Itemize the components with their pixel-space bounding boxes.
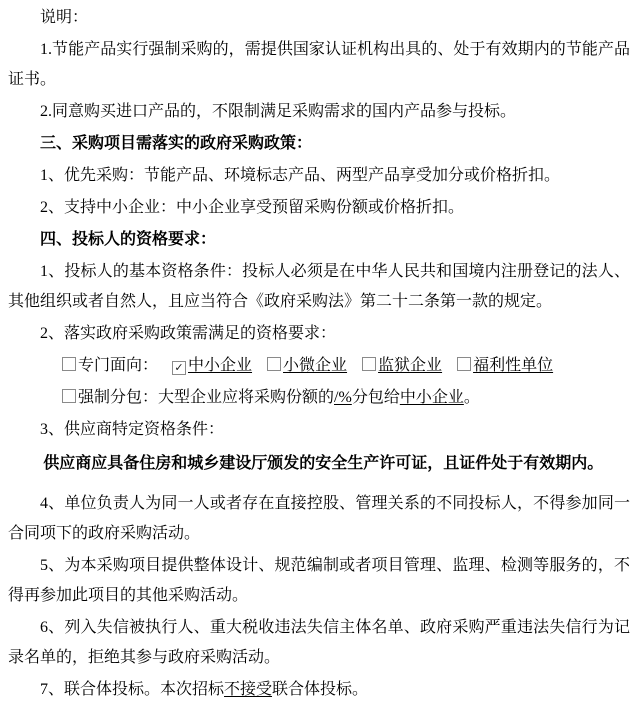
section-3-item-2: 2、支持中小企业：中小企业享受预留采购份额或价格折扣。 [8, 193, 630, 223]
section-4-item-2: 2、落实政府采购政策需满足的资格要求： [8, 319, 630, 349]
targeted-label: 专门面向： [78, 357, 158, 374]
item-7-not-accept: 不接受 [224, 681, 272, 698]
item-7-post: 联合体投标。 [272, 681, 368, 698]
section-3-heading: 三、采购项目需落实的政府采购政策： [8, 129, 630, 159]
section-3-item-1: 1、优先采购：节能产品、环境标志产品、两型产品享受加分或价格折扣。 [8, 161, 630, 191]
item-7-pre: 7、联合体投标。本次招标 [40, 681, 224, 698]
section-4-item-5: 5、为本采购项目提供整体设计、规范编制或者项目管理、监理、检测等服务的，不得再参… [8, 551, 630, 611]
note-item-1: 1.节能产品实行强制采购的，需提供国家认证机构出具的、处于有效期内的节能产品证书… [8, 35, 630, 95]
prison-enterprise-checkbox[interactable] [362, 357, 376, 371]
note-label: 说明： [8, 3, 630, 33]
subcontract-label: 强制分包： [78, 389, 158, 406]
subcontract-text-middle: 分包给 [352, 389, 400, 406]
mandatory-subcontract-line: 强制分包：大型企业应将采购份额的/%分包给中小企业。 [8, 383, 630, 413]
targeted-checkbox[interactable] [62, 357, 76, 371]
note-item-2: 2.同意购买进口产品的，不限制满足采购需求的国内产品参与投标。 [8, 97, 630, 127]
welfare-unit-checkbox[interactable] [457, 357, 471, 371]
supplier-requirement-line: 供应商应具备住房和城乡建设厅颁发的安全生产许可证，且证件处于有效期内。 [8, 449, 630, 479]
section-4-item-1: 1、投标人的基本资格条件：投标人必须是在中华人民共和国境内注册登记的法人、其他组… [8, 257, 630, 317]
section-4-item-6: 6、列入失信被执行人、重大税收违法失信主体名单、政府采购严重违法失信行为记录名单… [8, 613, 630, 673]
procurement-document-page: 说明： 1.节能产品实行强制采购的，需提供国家认证机构出具的、处于有效期内的节能… [0, 0, 637, 703]
option-welfare-unit: 福利性单位 [457, 357, 553, 374]
subcontract-underlined-sme: 中小企业 [400, 389, 464, 406]
option-prison-enterprise: 监狱企业 [362, 357, 442, 374]
subcontract-checkbox[interactable] [62, 389, 76, 403]
section-4-heading: 四、投标人的资格要求： [8, 225, 630, 255]
small-medium-enterprise-checkbox-checked[interactable]: ✓ [172, 361, 186, 375]
subcontract-period: 。 [464, 389, 480, 406]
section-4-item-7: 7、联合体投标。本次招标不接受联合体投标。 [8, 675, 630, 703]
option-micro-enterprise: 小微企业 [267, 357, 347, 374]
section-4-item-3: 3、供应商特定资格条件： [8, 415, 630, 445]
subcontract-text-before: 大型企业应将采购份额的 [158, 389, 334, 406]
targeted-procurement-line: 专门面向：✓中小企业小微企业监狱企业福利性单位 [8, 351, 630, 381]
micro-enterprise-checkbox[interactable] [267, 357, 281, 371]
section-4-item-4: 4、单位负责人为同一人或者存在直接控股、管理关系的不同投标人，不得参加同一合同项… [8, 489, 630, 549]
option-small-medium-enterprise: ✓中小企业 [172, 357, 252, 374]
check-mark-icon: ✓ [174, 362, 183, 374]
subcontract-blank-percent: /% [334, 389, 352, 406]
